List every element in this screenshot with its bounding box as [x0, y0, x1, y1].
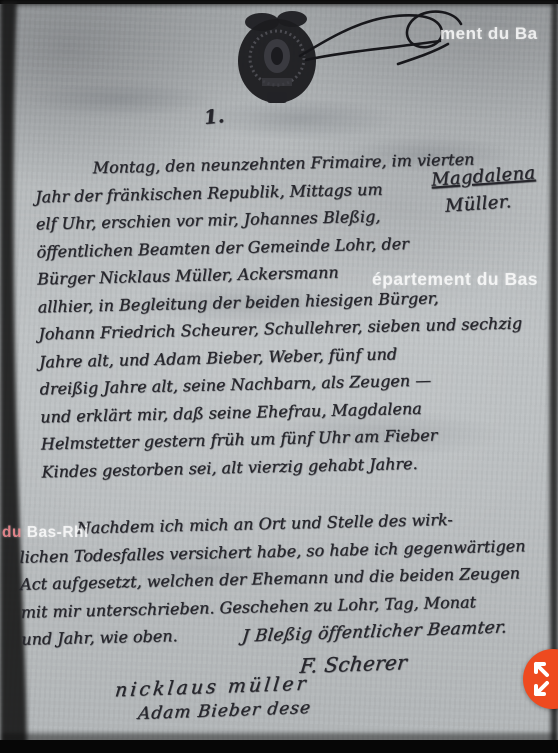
collapse-panel-button[interactable]: [523, 649, 558, 709]
watermark-middle-right: épartement du Bas: [372, 269, 538, 290]
page-number: 1.: [203, 105, 226, 129]
watermark-left-prefix: du: [2, 524, 22, 541]
watermark-left-text: Bas-Rhi: [22, 524, 89, 541]
watermark-left: du Bas-Rhi: [2, 524, 89, 542]
collapse-arrows-icon: [523, 649, 558, 709]
manuscript-paragraph-1: Montag, den neunzehnten Frimaire, im vie…: [34, 145, 525, 486]
archive-viewer: 1. Magdalena Müller. Montag, den neunzeh…: [0, 0, 558, 753]
scan-bottom-border: [0, 740, 558, 753]
watermark-top-right: ment du Ba: [440, 24, 538, 44]
witness-signature: F. Scherer: [299, 650, 409, 678]
